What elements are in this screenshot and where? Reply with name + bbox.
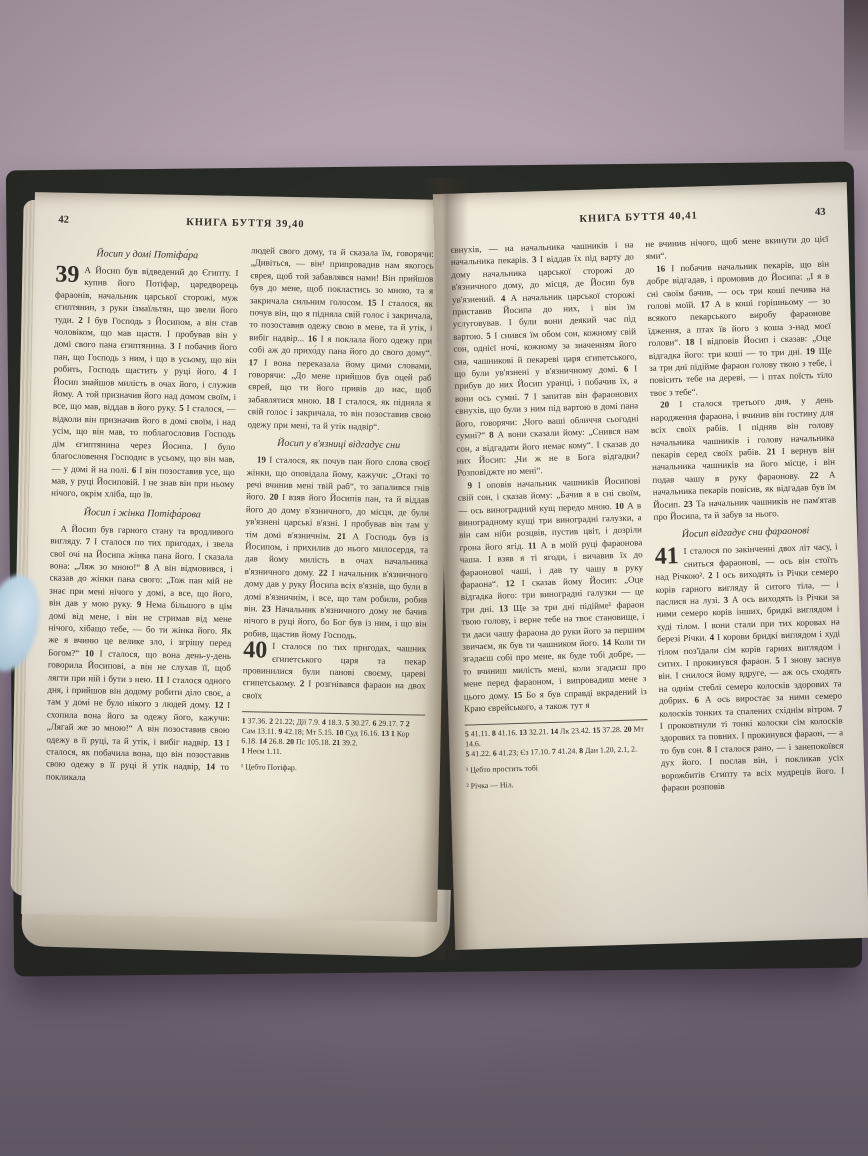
verse-paragraph: 16 І побачив начальник пекарів, що він д… [646, 257, 833, 399]
book-page-left: 42 КНИГА БУТТЯ 39,40 Йосип у домі Потіфа… [21, 192, 451, 922]
page-header: 43 КНИГА БУТТЯ 40,41 [450, 207, 828, 236]
page-columns: євнухів, — на начальника чашників і на н… [450, 233, 848, 940]
book-page-right: 43 КНИГА БУТТЯ 40,41 євнухів, — на начал… [433, 182, 868, 950]
page-columns: Йосип у домі Потіфа́ра39А Йосип був відв… [44, 240, 434, 899]
verse-paragraph: 20 І сталося третього дня, у день народж… [650, 394, 837, 523]
cross-reference-line: 1 37.36. 2 21.22; Дії 7.9. 4 18.3. 5 30.… [241, 716, 425, 750]
background-shadow-corner [844, 0, 868, 150]
chapter-number: 40 [243, 640, 267, 660]
cross-reference-line: 1 Неєм 1.11. [241, 746, 424, 760]
section-heading: Йосип у домі Потіфа́ра [56, 247, 239, 262]
chapter-number: 39 [55, 264, 79, 284]
footnotes: 1 37.36. 2 21.22; Дії 7.9. 4 18.3. 5 30.… [241, 711, 425, 776]
verse-paragraph: євнухів, — на начальника чашників і на н… [450, 238, 640, 479]
running-head: КНИГА БУТТЯ 39,40 [56, 214, 434, 232]
chapter-number: 41 [654, 547, 679, 568]
verse-paragraph: 9 І оповів начальник чашників Йосипові с… [457, 474, 647, 715]
text-column: євнухів, — на начальника чашників і на н… [450, 238, 654, 939]
section-heading: Йосип у в'язниці відгадує сни [247, 437, 430, 452]
cross-references: 1 37.36. 2 21.22; Дії 7.9. 4 18.3. 5 30.… [241, 716, 425, 760]
verse-paragraph: А Йосип був гарного стану та вродливого … [46, 522, 234, 786]
section-heading: Йосип відгадує сни фараонові [654, 525, 837, 541]
verse-paragraph: людей свого дому, та й сказала їм, говор… [247, 244, 434, 434]
page-header: 42 КНИГА БУТТЯ 39,40 [56, 214, 434, 239]
footnotes: 5 41.11. 8 41.16. 13 32.21. 14 Лк 23.42.… [465, 720, 650, 792]
verse-paragraph: 19 І сталося, як почув пан його слова св… [243, 453, 430, 643]
chapter-text: 39А Йосип був відведений до Єгипту. І ку… [51, 263, 238, 502]
page-number: 43 [815, 207, 826, 218]
running-head: КНИГА БУТТЯ 40,41 [450, 207, 828, 229]
chapter-text: 41І сталося по закінченні двох літ часу,… [654, 541, 844, 794]
text-column: Йосип у домі Потіфа́ра39А Йосип був відв… [44, 240, 239, 895]
footnote: ¹ Цебто Потіфар. [241, 762, 424, 776]
section-heading: Йосип і жінка Потіфа́рова [51, 506, 234, 521]
footnote: ¹ Цебто простить тобі [466, 761, 649, 776]
cross-references: 5 41.11. 8 41.16. 13 32.21. 14 Лк 23.42.… [465, 725, 649, 760]
page-number: 42 [58, 215, 69, 226]
chapter-text: 40І сталося по тих пригодах, чашник єгип… [242, 639, 426, 705]
footnote: ² Річка — Ніл. [466, 777, 649, 792]
text-column: не вчинив нічого, щоб мене вкинути до ці… [645, 233, 849, 934]
text-column: людей свого дому, та й сказала їм, говор… [238, 244, 433, 899]
